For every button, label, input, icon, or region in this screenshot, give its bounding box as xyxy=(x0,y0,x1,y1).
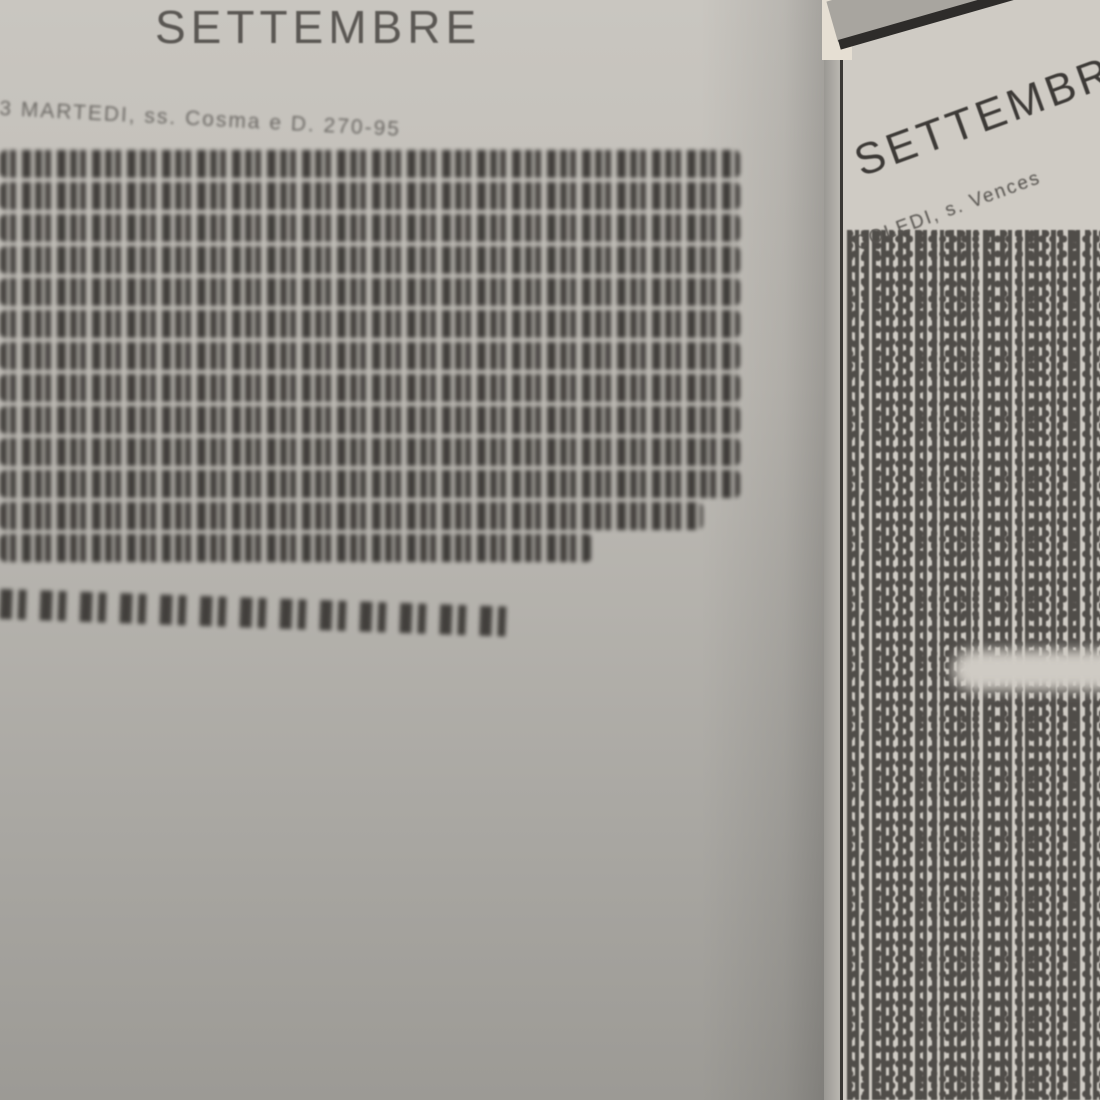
handwriting-line xyxy=(0,502,703,530)
handwriting-line xyxy=(0,374,740,402)
handwriting-line xyxy=(0,310,740,338)
left-day-line: 3 MARTEDI, ss. Cosma e D. 270-95 xyxy=(0,97,402,142)
right-month-header: SETTEMBR xyxy=(848,47,1100,187)
right-handwriting-gap xyxy=(953,650,1100,690)
handwriting-line xyxy=(0,438,740,466)
handwriting-line xyxy=(0,246,740,274)
handwriting-line xyxy=(0,342,740,370)
left-handwriting-final-line xyxy=(0,589,520,637)
right-page: SETTEMBR COLEDI, s. Vences xyxy=(840,0,1100,1100)
handwriting-line xyxy=(0,278,740,306)
left-month-header: SETTEMBRE xyxy=(155,0,481,54)
handwriting-line xyxy=(0,214,740,242)
left-handwriting-block xyxy=(0,150,740,566)
handwriting-line xyxy=(0,182,740,210)
handwriting-line xyxy=(0,406,740,434)
handwriting-line xyxy=(0,470,740,498)
handwriting-line xyxy=(0,534,592,562)
handwriting-line xyxy=(0,150,740,178)
left-page: SETTEMBRE 3 MARTEDI, ss. Cosma e D. 270-… xyxy=(0,0,840,1100)
